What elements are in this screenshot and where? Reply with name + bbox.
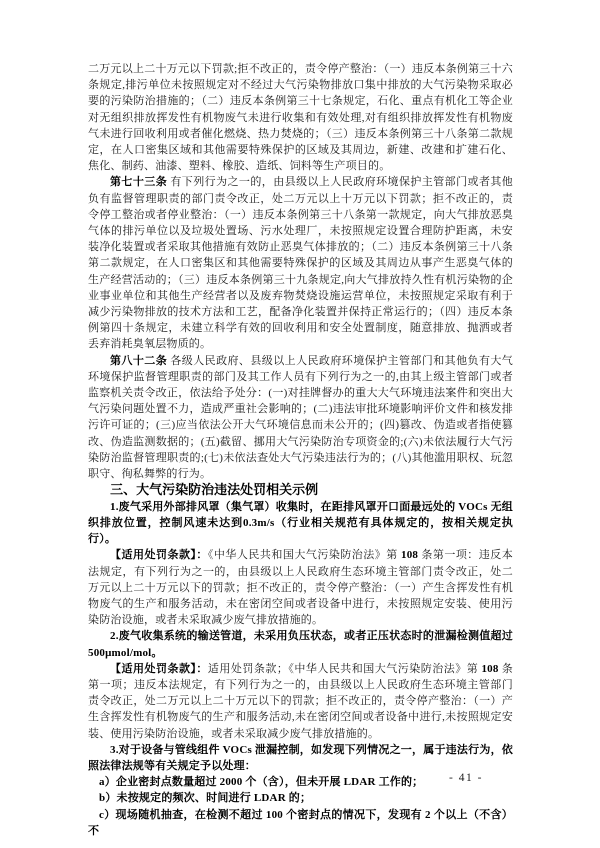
article-number-label: 第七十三条 — [110, 176, 170, 188]
example-item-3: 3.对于设备与管线组件 VOCs 泄漏控制，如发现下列情况之一，属于违法行为，依… — [88, 742, 513, 774]
example-item-1: 1.废气采用外部排风罩（集气罩）收集时，在距排风罩开口面最远处的 VOCs 无组… — [88, 499, 513, 548]
law-article-number: 108 — [481, 663, 498, 675]
paragraph-text: 3.对于设备与管线组件 VOCs 泄漏控制，如发现下列情况之一，属于违法行为，依… — [88, 744, 513, 772]
paragraph-text: 2.废气收集系统的输送管道，未采用负压状态，或者正压状态时的泄漏检测值超过500… — [88, 630, 513, 658]
section-heading-text: 三、大气污染防治违法处罚相关示例 — [110, 482, 318, 497]
article-73-paragraph: 第七十三条 有下列行为之一的，由县级以上人民政府环境保护主管部门或者其他负有监督… — [88, 174, 513, 352]
paragraph-text: 有下列行为之一的，由县级以上人民政府环境保护主管部门或者其他负有监督管理职责的部… — [88, 176, 513, 350]
law-article-number: 108 — [401, 549, 418, 561]
document-page: 二万元以上二十万元以下罚款;拒不改正的，责令停产整治：（一）违反本条例第三十六条… — [0, 0, 600, 848]
article-number-label: 第八十二条 — [110, 355, 170, 367]
section-heading: 三、大气污染防治违法处罚相关示例 — [88, 482, 513, 498]
document-content: 二万元以上二十万元以下罚款;拒不改正的，责令停产整治：（一）违反本条例第三十六条… — [88, 61, 513, 839]
list-item-text: b）未按规定的频次、时间进行 LDAR 的； — [99, 792, 311, 804]
clause-label: 【适用处罚条款】： — [110, 663, 208, 675]
list-item-text: c）现场随机抽查，在检测不超过 100 个密封点的情况下，发现有 2 个以上（不… — [88, 809, 513, 837]
clause-label: 【适用处罚条款】： — [110, 549, 208, 561]
clause-text: 《中华人民共和国大气污染防治法》第 — [208, 549, 401, 561]
paragraph-text: 1.废气采用外部排风罩（集气罩）收集时，在距排风罩开口面最远处的 VOCs 无组… — [88, 501, 513, 545]
continuation-paragraph: 二万元以上二十万元以下罚款;拒不改正的，责令停产整治：（一）违反本条例第三十六条… — [88, 61, 513, 174]
article-82-paragraph: 第八十二条 各级人民政府、县级以上人民政府环境保护主管部门和其他负有大气环境保护… — [88, 353, 513, 483]
applicable-penalty-clause-2: 【适用处罚条款】：适用处罚条款；《中华人民共和国大气污染防治法》第 108 条第… — [88, 661, 513, 742]
list-item-text: a）企业密封点数量超过 2000 个（含），但未开展 LDAR 工作的； — [99, 776, 423, 788]
list-item-c: c）现场随机抽查，在检测不超过 100 个密封点的情况下，发现有 2 个以上（不… — [88, 807, 513, 839]
paragraph-text: 各级人民政府、县级以上人民政府环境保护主管部门和其他负有大气环境保护监督管理职责… — [88, 355, 513, 480]
paragraph-text: 二万元以上二十万元以下罚款;拒不改正的，责令停产整治：（一）违反本条例第三十六条… — [88, 63, 513, 172]
list-item-b: b）未按规定的频次、时间进行 LDAR 的； — [88, 790, 513, 806]
clause-text: 适用处罚条款；《中华人民共和国大气污染防治法》第 — [208, 663, 482, 675]
applicable-penalty-clause-1: 【适用处罚条款】：《中华人民共和国大气污染防治法》第 108 条第一项：违反本法… — [88, 547, 513, 628]
page-number: - 41 - — [449, 772, 483, 784]
example-item-2: 2.废气收集系统的输送管道，未采用负压状态，或者正压状态时的泄漏检测值超过500… — [88, 628, 513, 660]
